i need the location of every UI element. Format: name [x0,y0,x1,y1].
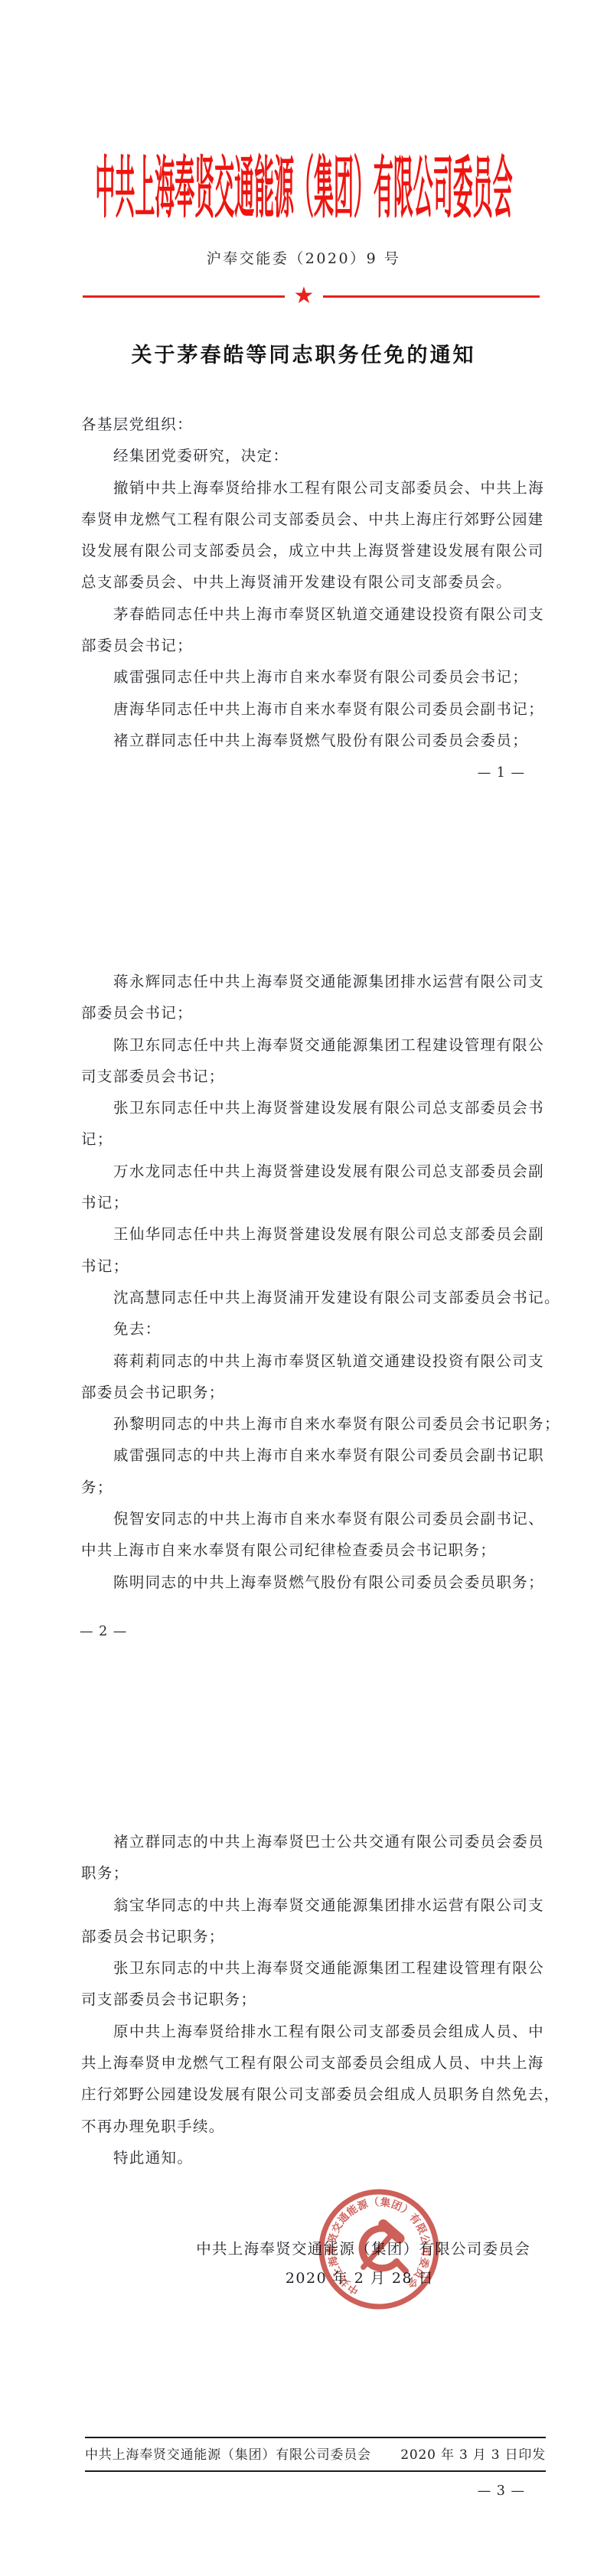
body-text-line: 万水龙同志任中共上海贤誉建设发展有限公司总支部委员会副 [81,1156,545,1187]
body-text-line: 陈卫东同志任中共上海奉贤交通能源集团工程建设管理有限公 [81,1029,545,1061]
body-text-line: 沈高慧同志任中共上海贤浦开发建设有限公司支部委员会书记。 [81,1282,545,1313]
body-text-line: 部委员会书记； [81,997,545,1029]
official-red-seal: 中共上海奉贤交通能源（集团）有限公司委员会 [309,2180,448,2318]
body-text-line: 书记； [81,1187,545,1218]
star-icon: ★ [285,282,323,310]
footer-rule-top [85,2437,546,2438]
body-text-line: 蒋莉莉同志的中共上海市奉贤区轨道交通建设投资有限公司支 [81,1345,545,1377]
body-text-line: 司支部委员会书记职务； [81,1984,545,2015]
body-text-line: 戚雷强同志任中共上海市自来水奉贤有限公司委员会书记； [81,661,545,693]
document-number: 沪奉交能委（2020）9 号 [0,248,607,269]
body-text-line: 记； [81,1123,545,1155]
body-text-line: 设发展有限公司支部委员会，成立中共上海贤誉建设发展有限公司 [81,535,545,566]
body-text-line: 书记； [81,1251,545,1282]
body-text-line: 司支部委员会书记； [81,1061,545,1092]
page-number-1: — 1 — [478,763,525,783]
body-text-line: 戚雷强同志的中共上海市自来水奉贤有限公司委员会副书记职 [81,1440,545,1471]
body-text-line: 唐海华同志任中共上海市自来水奉贤有限公司委员会副书记； [81,693,545,725]
body-text-line: 张卫东同志任中共上海贤誉建设发展有限公司总支部委员会书 [81,1092,545,1123]
red-rule-left [83,295,285,298]
body-text-line: 职务； [81,1857,545,1889]
body-text-line: 特此通知。 [81,2142,545,2173]
body-text-line: 中共上海市自来水奉贤有限公司纪律检查委员会书记职务； [81,1534,545,1566]
page-number-3: — 3 — [478,2481,525,2501]
body-text-line: 部委员会书记； [81,630,545,661]
body-text-line: 不再办理免职手续。 [81,2111,545,2142]
notice-title: 关于茅春皓等同志职务任免的通知 [0,341,607,370]
body-text-line: 蒋永辉同志任中共上海奉贤交通能源集团排水运营有限公司支 [81,966,545,997]
body-text-line: 共上海奉贤申龙燃气工程有限公司支部委员会组成人员、中共上海 [81,2047,545,2079]
page-1: 中共上海奉贤交通能源（集团）有限公司委员会 沪奉交能委（2020）9 号 ★ 关… [0,0,607,859]
body-text-line: 王仙华同志任中共上海贤誉建设发展有限公司总支部委员会副 [81,1218,545,1250]
red-letterhead-title: 中共上海奉贤交通能源（集团）有限公司委员会 [0,151,607,224]
footer-rule-bottom [85,2470,546,2472]
body-text-line: 撤销中共上海奉贤给排水工程有限公司支部委员会、中共上海 [81,472,545,504]
body-text-line: 褚立群同志的中共上海奉贤巴士公共交通有限公司委员会委员 [81,1826,545,1857]
body-text-line: 经集团党委研究，决定： [81,440,545,471]
footer-issuer: 中共上海奉贤交通能源（集团）有限公司委员会 [85,2443,371,2467]
official-notice-document: 中共上海奉贤交通能源（集团）有限公司委员会 沪奉交能委（2020）9 号 ★ 关… [0,0,607,2576]
body-text-line: 部委员会书记职务； [81,1921,545,1952]
page-1-body: 各基层党组织：经集团党委研究，决定：撤销中共上海奉贤给排水工程有限公司支部委员会… [81,409,545,756]
body-text-line: 褚立群同志任中共上海奉贤燃气股份有限公司委员会委员； [81,725,545,756]
page-3-body: 褚立群同志的中共上海奉贤巴士公共交通有限公司委员会委员职务；翁宝华同志的中共上海… [81,1826,545,2173]
page-2: 蒋永辉同志任中共上海奉贤交通能源集团排水运营有限公司支部委员会书记；陈卫东同志任… [0,859,607,1717]
body-text-line: 免去： [81,1313,545,1345]
footer: 中共上海奉贤交通能源（集团）有限公司委员会 2020 年 3 月 3 日印发 [85,2443,546,2467]
footer-print-date: 2020 年 3 月 3 日印发 [400,2443,546,2467]
body-text-line: 原中共上海奉贤给排水工程有限公司支部委员会组成人员、中 [81,2016,545,2047]
body-text-line: 倪智安同志的中共上海市自来水奉贤有限公司委员会副书记、 [81,1503,545,1534]
body-text-line: 总支部委员会、中共上海贤浦开发建设有限公司支部委员会。 [81,566,545,598]
body-text-line: 各基层党组织： [81,409,545,440]
body-text-line: 部委员会书记职务； [81,1377,545,1408]
body-text-line: 务； [81,1472,545,1503]
page-3: 褚立群同志的中共上海奉贤巴士公共交通有限公司委员会委员职务；翁宝华同志的中共上海… [0,1717,607,2576]
body-text-line: 茅春皓同志任中共上海市奉贤区轨道交通建设投资有限公司支 [81,598,545,630]
body-text-line: 翁宝华同志的中共上海奉贤交通能源集团排水运营有限公司支 [81,1890,545,1921]
body-text-line: 庄行郊野公园建设发展有限公司支部委员会组成人员职务自然免去， [81,2079,545,2110]
page-number-2: — 2 — [80,1622,127,1642]
body-text-line: 孙黎明同志的中共上海市自来水奉贤有限公司委员会书记职务； [81,1408,545,1440]
page-2-body: 蒋永辉同志任中共上海奉贤交通能源集团排水运营有限公司支部委员会书记；陈卫东同志任… [81,966,545,1598]
body-text-line: 张卫东同志的中共上海奉贤交通能源集团工程建设管理有限公 [81,1952,545,1984]
body-text-line: 陈明同志的中共上海奉贤燃气股份有限公司委员会委员职务； [81,1567,545,1598]
red-rule-right [323,295,540,298]
body-text-line: 奉贤申龙燃气工程有限公司支部委员会、中共上海庄行郊野公园建 [81,504,545,535]
hammer-and-sickle-icon [361,2223,406,2274]
